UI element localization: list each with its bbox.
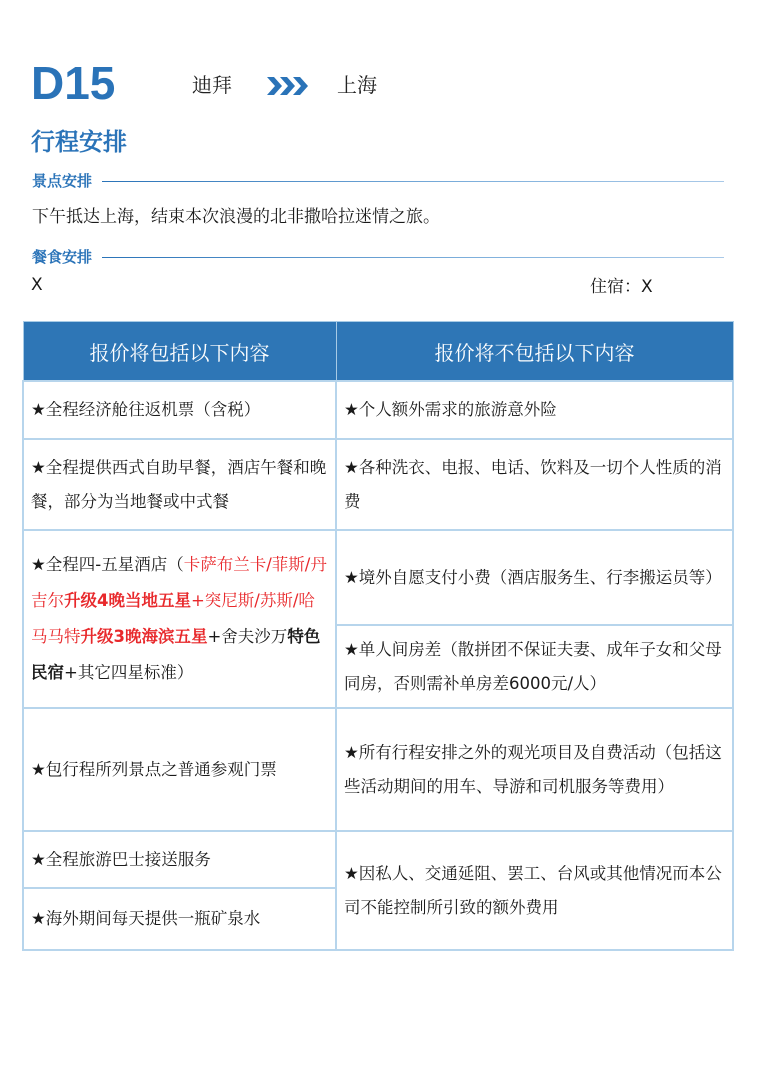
- table-row: ★全程四-五星酒店（卡萨布兰卡/菲斯/丹吉尔升级4晚当地五星+突尼斯/苏斯/哈马…: [23, 530, 733, 625]
- included-item: ★包行程所列景点之普通参观门票: [23, 708, 336, 831]
- excluded-item: ★境外自愿支付小费（酒店服务生、行李搬运员等）: [336, 530, 733, 625]
- table-row: ★全程经济舱往返机票（含税） ★个人额外需求的旅游意外险: [23, 381, 733, 439]
- price-inclusion-table: 报价将包括以下内容 报价将不包括以下内容 ★全程经济舱往返机票（含税） ★个人额…: [22, 321, 734, 951]
- triple-chevron-right-icon: [267, 75, 311, 97]
- hotel-seg-red-bold: 升级3晚海滨五星: [81, 627, 208, 646]
- day-header: D15 迪拜 上海: [31, 58, 731, 108]
- table-row: ★全程提供西式自助早餐，酒店午餐和晚餐，部分为当地餐或中式餐 ★各种洗衣、电报、…: [23, 439, 733, 530]
- sightseeing-heading-label: 景点安排: [32, 171, 94, 191]
- included-item: ★海外期间每天提供一瓶矿泉水: [23, 888, 336, 950]
- lodging-value: 住宿：X: [590, 275, 653, 299]
- excluded-item: ★各种洗衣、电报、电话、饮料及一切个人性质的消费: [336, 439, 733, 530]
- included-item: ★全程经济舱往返机票（含税）: [23, 381, 336, 439]
- table-header-row: 报价将包括以下内容 报价将不包括以下内容: [23, 322, 733, 382]
- divider: [102, 257, 724, 258]
- table-row: ★全程旅游巴士接送服务 ★因私人、交通延阻、罢工、台风或其他情况而本公司不能控制…: [23, 831, 733, 888]
- meals-heading: 餐食安排: [32, 247, 724, 269]
- included-column-header: 报价将包括以下内容: [23, 322, 336, 382]
- divider: [102, 181, 724, 182]
- route-to-city: 上海: [337, 72, 377, 98]
- included-item-hotel: ★全程四-五星酒店（卡萨布兰卡/菲斯/丹吉尔升级4晚当地五星+突尼斯/苏斯/哈马…: [23, 530, 336, 708]
- route-from-city: 迪拜: [192, 72, 232, 98]
- table-row: ★包行程所列景点之普通参观门票 ★所有行程安排之外的观光项目及自费活动（包括这些…: [23, 708, 733, 831]
- sightseeing-heading: 景点安排: [32, 171, 724, 193]
- hotel-seg: +其它四星标准）: [64, 663, 193, 682]
- sightseeing-text: 下午抵达上海，结束本次浪漫的北非撒哈拉迷情之旅。: [32, 205, 440, 229]
- included-item: ★全程提供西式自助早餐，酒店午餐和晚餐，部分为当地餐或中式餐: [23, 439, 336, 530]
- meals-value: X: [31, 273, 43, 297]
- included-item: ★全程旅游巴士接送服务: [23, 831, 336, 888]
- excluded-item: ★所有行程安排之外的观光项目及自费活动（包括这些活动期间的用车、导游和司机服务等…: [336, 708, 733, 831]
- day-code: D15: [31, 58, 115, 108]
- excluded-column-header: 报价将不包括以下内容: [336, 322, 733, 382]
- excluded-item: ★个人额外需求的旅游意外险: [336, 381, 733, 439]
- excluded-item: ★单人间房差（散拼团不保证夫妻、成年子女和父母同房，否则需补单房差6000元/人…: [336, 625, 733, 708]
- hotel-seg: ★全程四-五星酒店（: [31, 555, 184, 574]
- meals-heading-label: 餐食安排: [32, 247, 94, 267]
- excluded-item: ★因私人、交通延阻、罢工、台风或其他情况而本公司不能控制所引致的额外费用: [336, 831, 733, 950]
- hotel-seg-red-bold: 升级4晚当地五星: [64, 591, 191, 610]
- hotel-seg: +舍夫沙万: [207, 627, 287, 646]
- itinerary-title: 行程安排: [31, 126, 127, 158]
